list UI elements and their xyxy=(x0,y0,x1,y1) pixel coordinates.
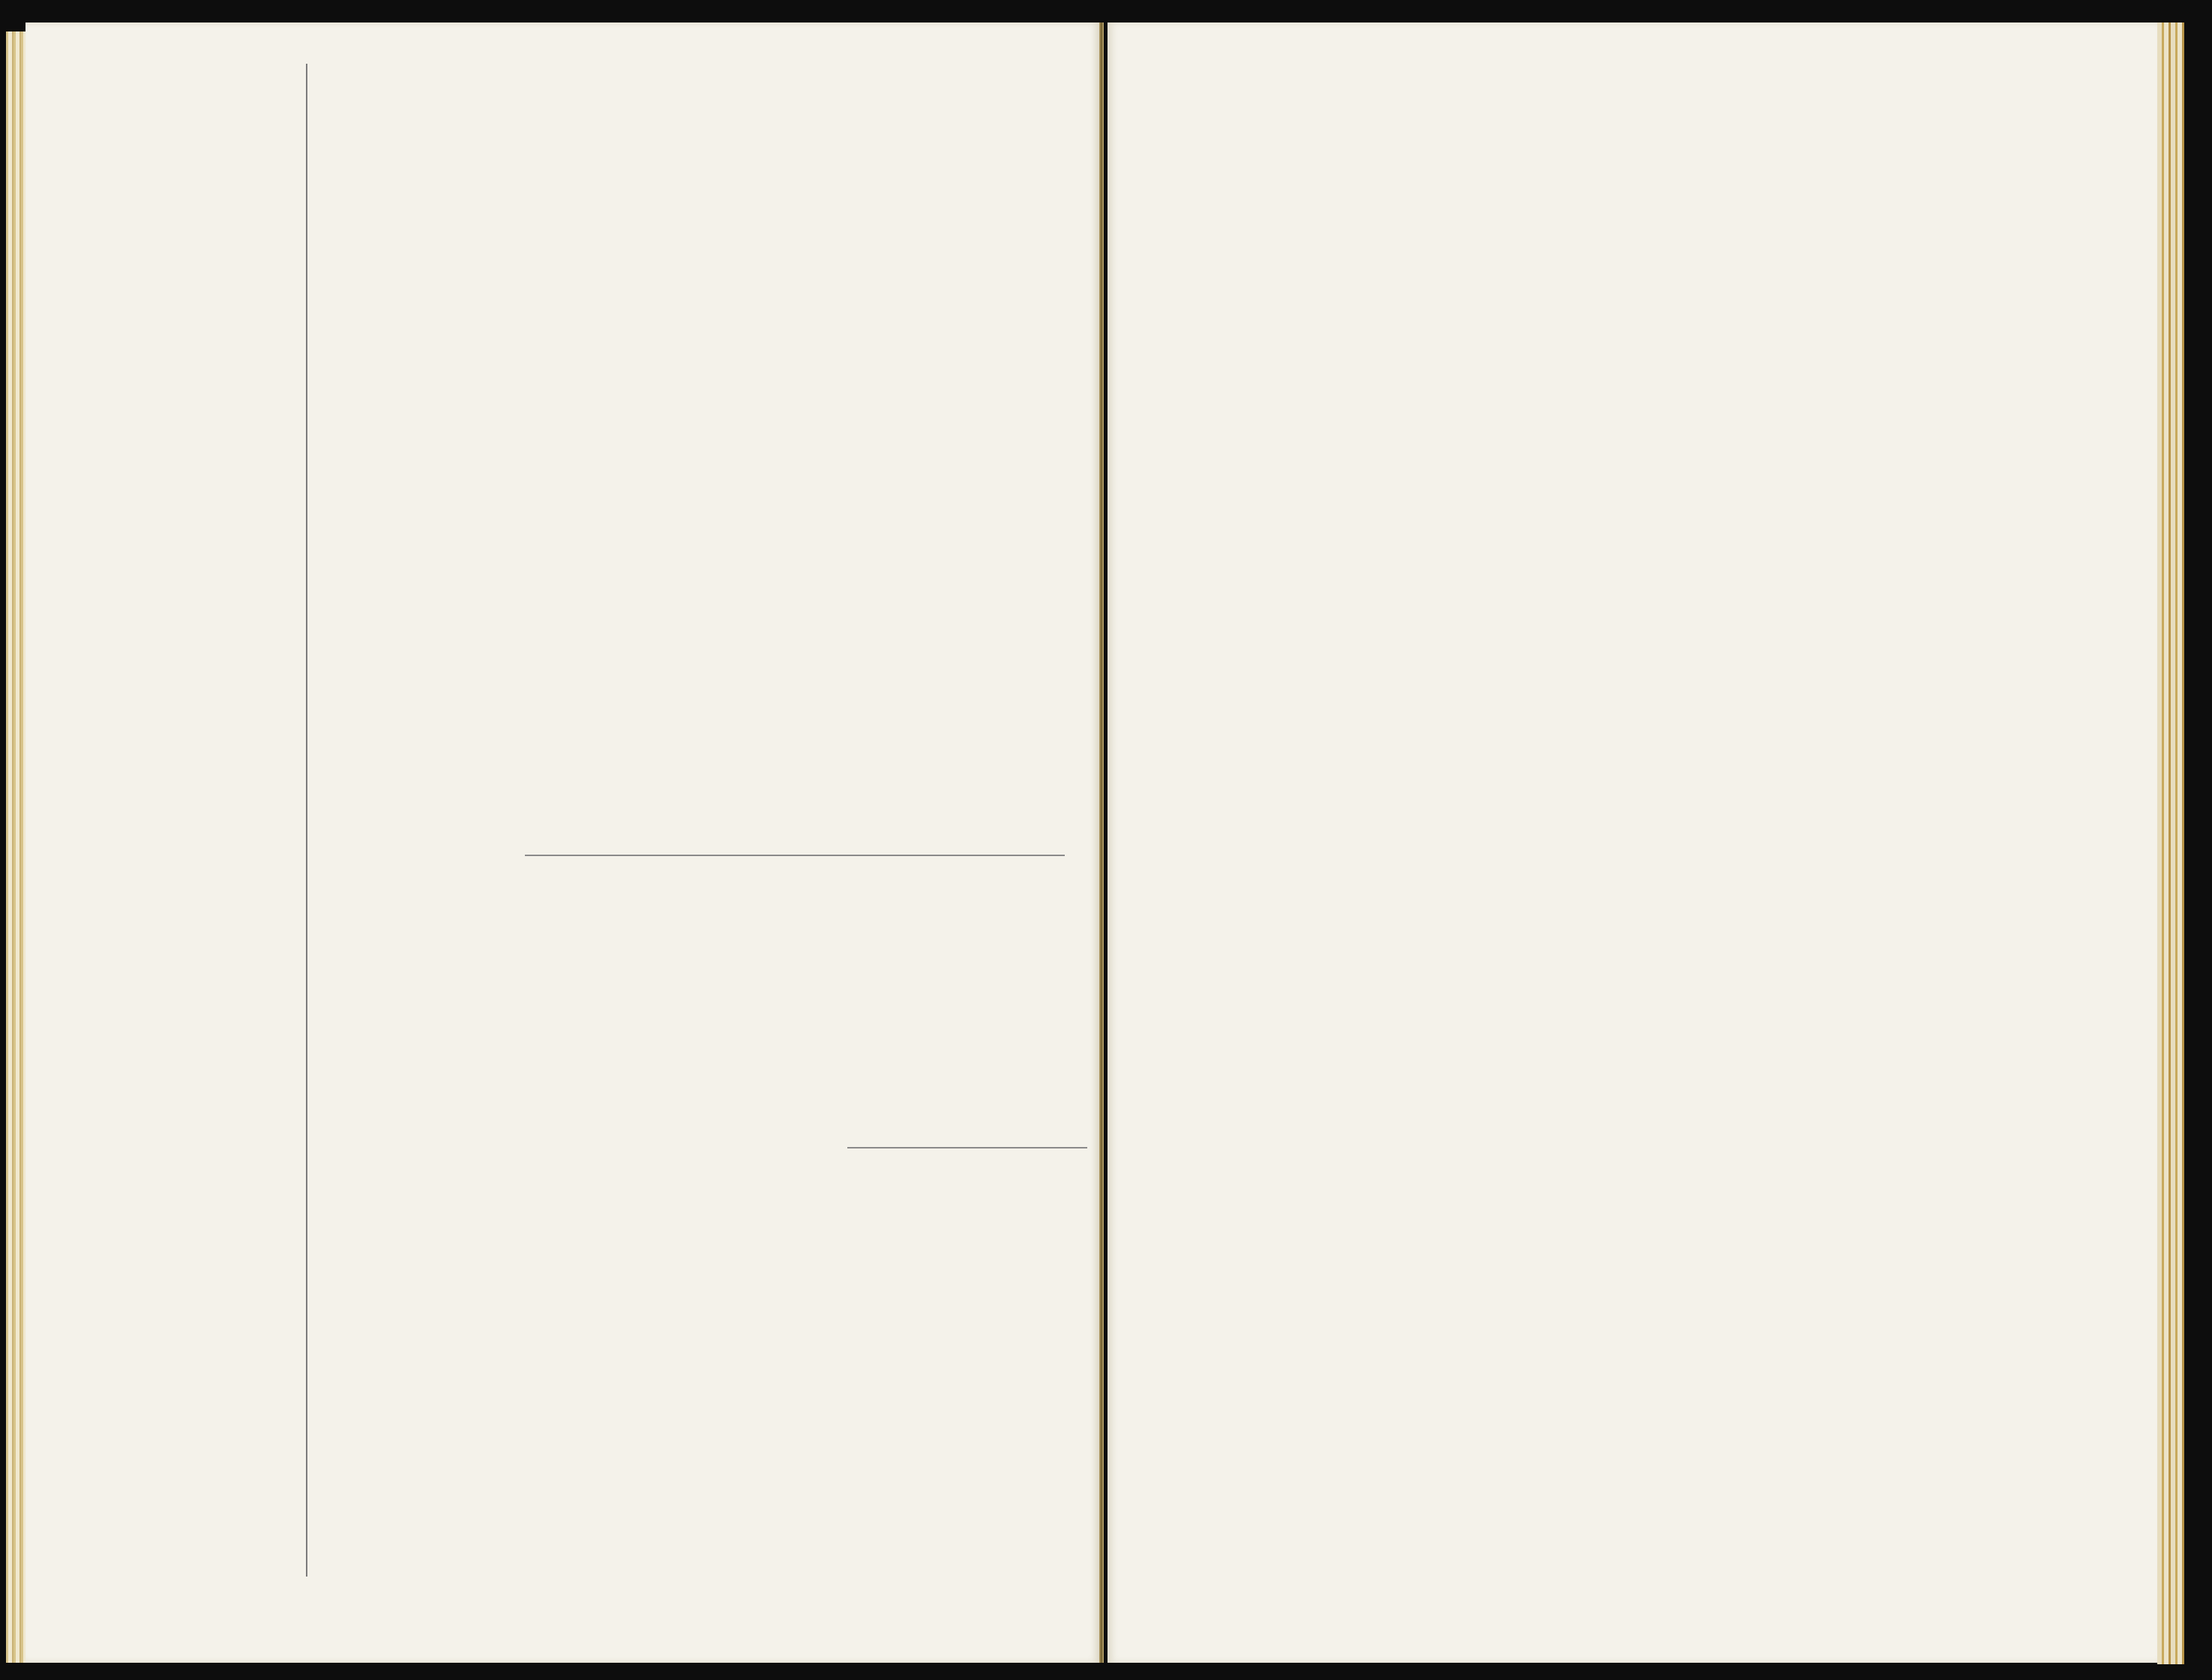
left-page xyxy=(25,22,1100,1663)
right-page xyxy=(1107,22,2157,1663)
book-edge-left xyxy=(6,31,27,1663)
book-edge-right xyxy=(2157,22,2184,1664)
margin-rule-left xyxy=(306,64,307,1577)
fill-line xyxy=(525,855,1065,856)
fill-line xyxy=(847,1147,1087,1148)
record-number-left xyxy=(106,66,110,99)
book-gutter xyxy=(1099,22,1104,1663)
